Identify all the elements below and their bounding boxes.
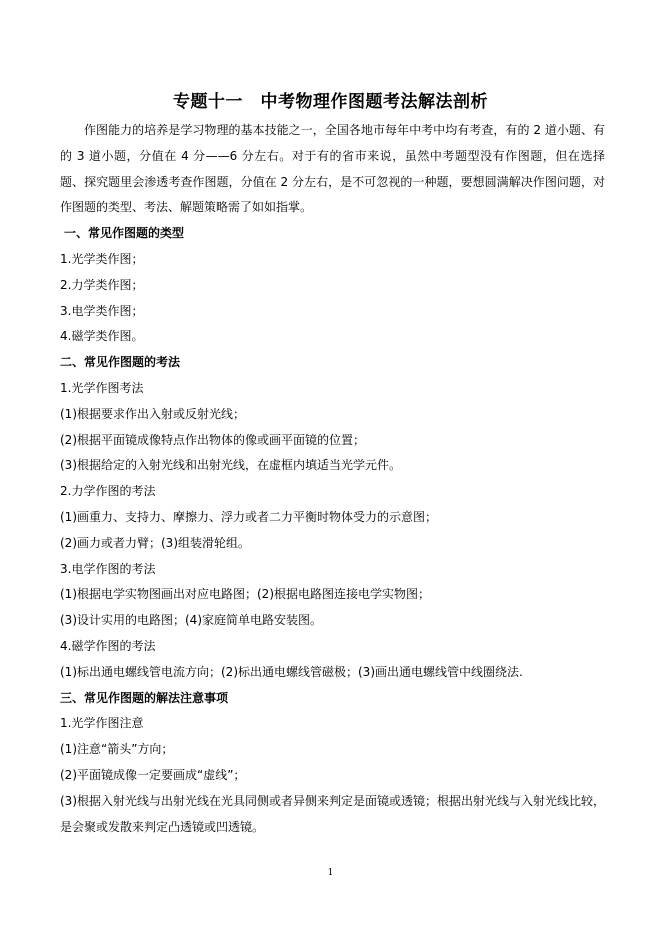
- list-item: 3.电学类作图；: [60, 299, 605, 325]
- subheading-optics: 1.光学作图考法: [60, 376, 605, 402]
- list-item: 2.力学类作图；: [60, 273, 605, 299]
- section-heading-types: 一、常见作图题的类型: [60, 221, 605, 247]
- list-item: (2)根据平面镜成像特点作出物体的像或画平面镜的位置；: [60, 428, 605, 454]
- list-item: (1)标出通电螺线管电流方向；(2)标出通电螺线管磁极；(3)画出通电螺线管中线…: [60, 660, 605, 686]
- subheading-electricity: 3.电学作图的考法: [60, 557, 605, 583]
- list-item: (1)根据要求作出入射或反射光线；: [60, 402, 605, 428]
- subheading-magnetism: 4.磁学作图的考法: [60, 634, 605, 660]
- list-item-paragraph: (3)根据入射光线与出射光线在光具同侧或者异侧来判定是面镜或透镜；根据出射光线与…: [60, 789, 605, 841]
- section-heading-methods: 二、常见作图题的考法: [60, 350, 605, 376]
- list-item: 4.磁学类作图。: [60, 324, 605, 350]
- page-number: 1: [0, 868, 661, 878]
- list-item: (2)画力或者力臂；(3)组装滑轮组。: [60, 531, 605, 557]
- list-item: (3)设计实用的电路图；(4)家庭简单电路安装图。: [60, 608, 605, 634]
- section-heading-notes: 三、常见作图题的解法注意事项: [60, 686, 605, 712]
- list-item: (2)平面镜成像一定要画成“虚线”；: [60, 763, 605, 789]
- list-item: (3)根据给定的入射光线和出射光线，在虚框内填适当光学元件。: [60, 453, 605, 479]
- list-item: (1)注意“箭头”方向；: [60, 737, 605, 763]
- subheading-mechanics: 2.力学作图的考法: [60, 479, 605, 505]
- document-body: 作图能力的培养是学习物理的基本技能之一，全国各地市每年中考中均有考查，有的 2 …: [60, 118, 605, 840]
- intro-paragraph: 作图能力的培养是学习物理的基本技能之一，全国各地市每年中考中均有考查，有的 2 …: [60, 118, 605, 221]
- list-item: 1.光学类作图；: [60, 247, 605, 273]
- document-page: 专题十一 中考物理作图题考法解法剖析 作图能力的培养是学习物理的基本技能之一，全…: [0, 0, 661, 935]
- list-item: (1)根据电学实物图画出对应电路图；(2)根据电路图连接电学实物图；: [60, 582, 605, 608]
- page-title: 专题十一 中考物理作图题考法解法剖析: [0, 87, 661, 112]
- subheading-optics-notes: 1.光学作图注意: [60, 711, 605, 737]
- list-item: (1)画重力、支持力、摩擦力、浮力或者二力平衡时物体受力的示意图；: [60, 505, 605, 531]
